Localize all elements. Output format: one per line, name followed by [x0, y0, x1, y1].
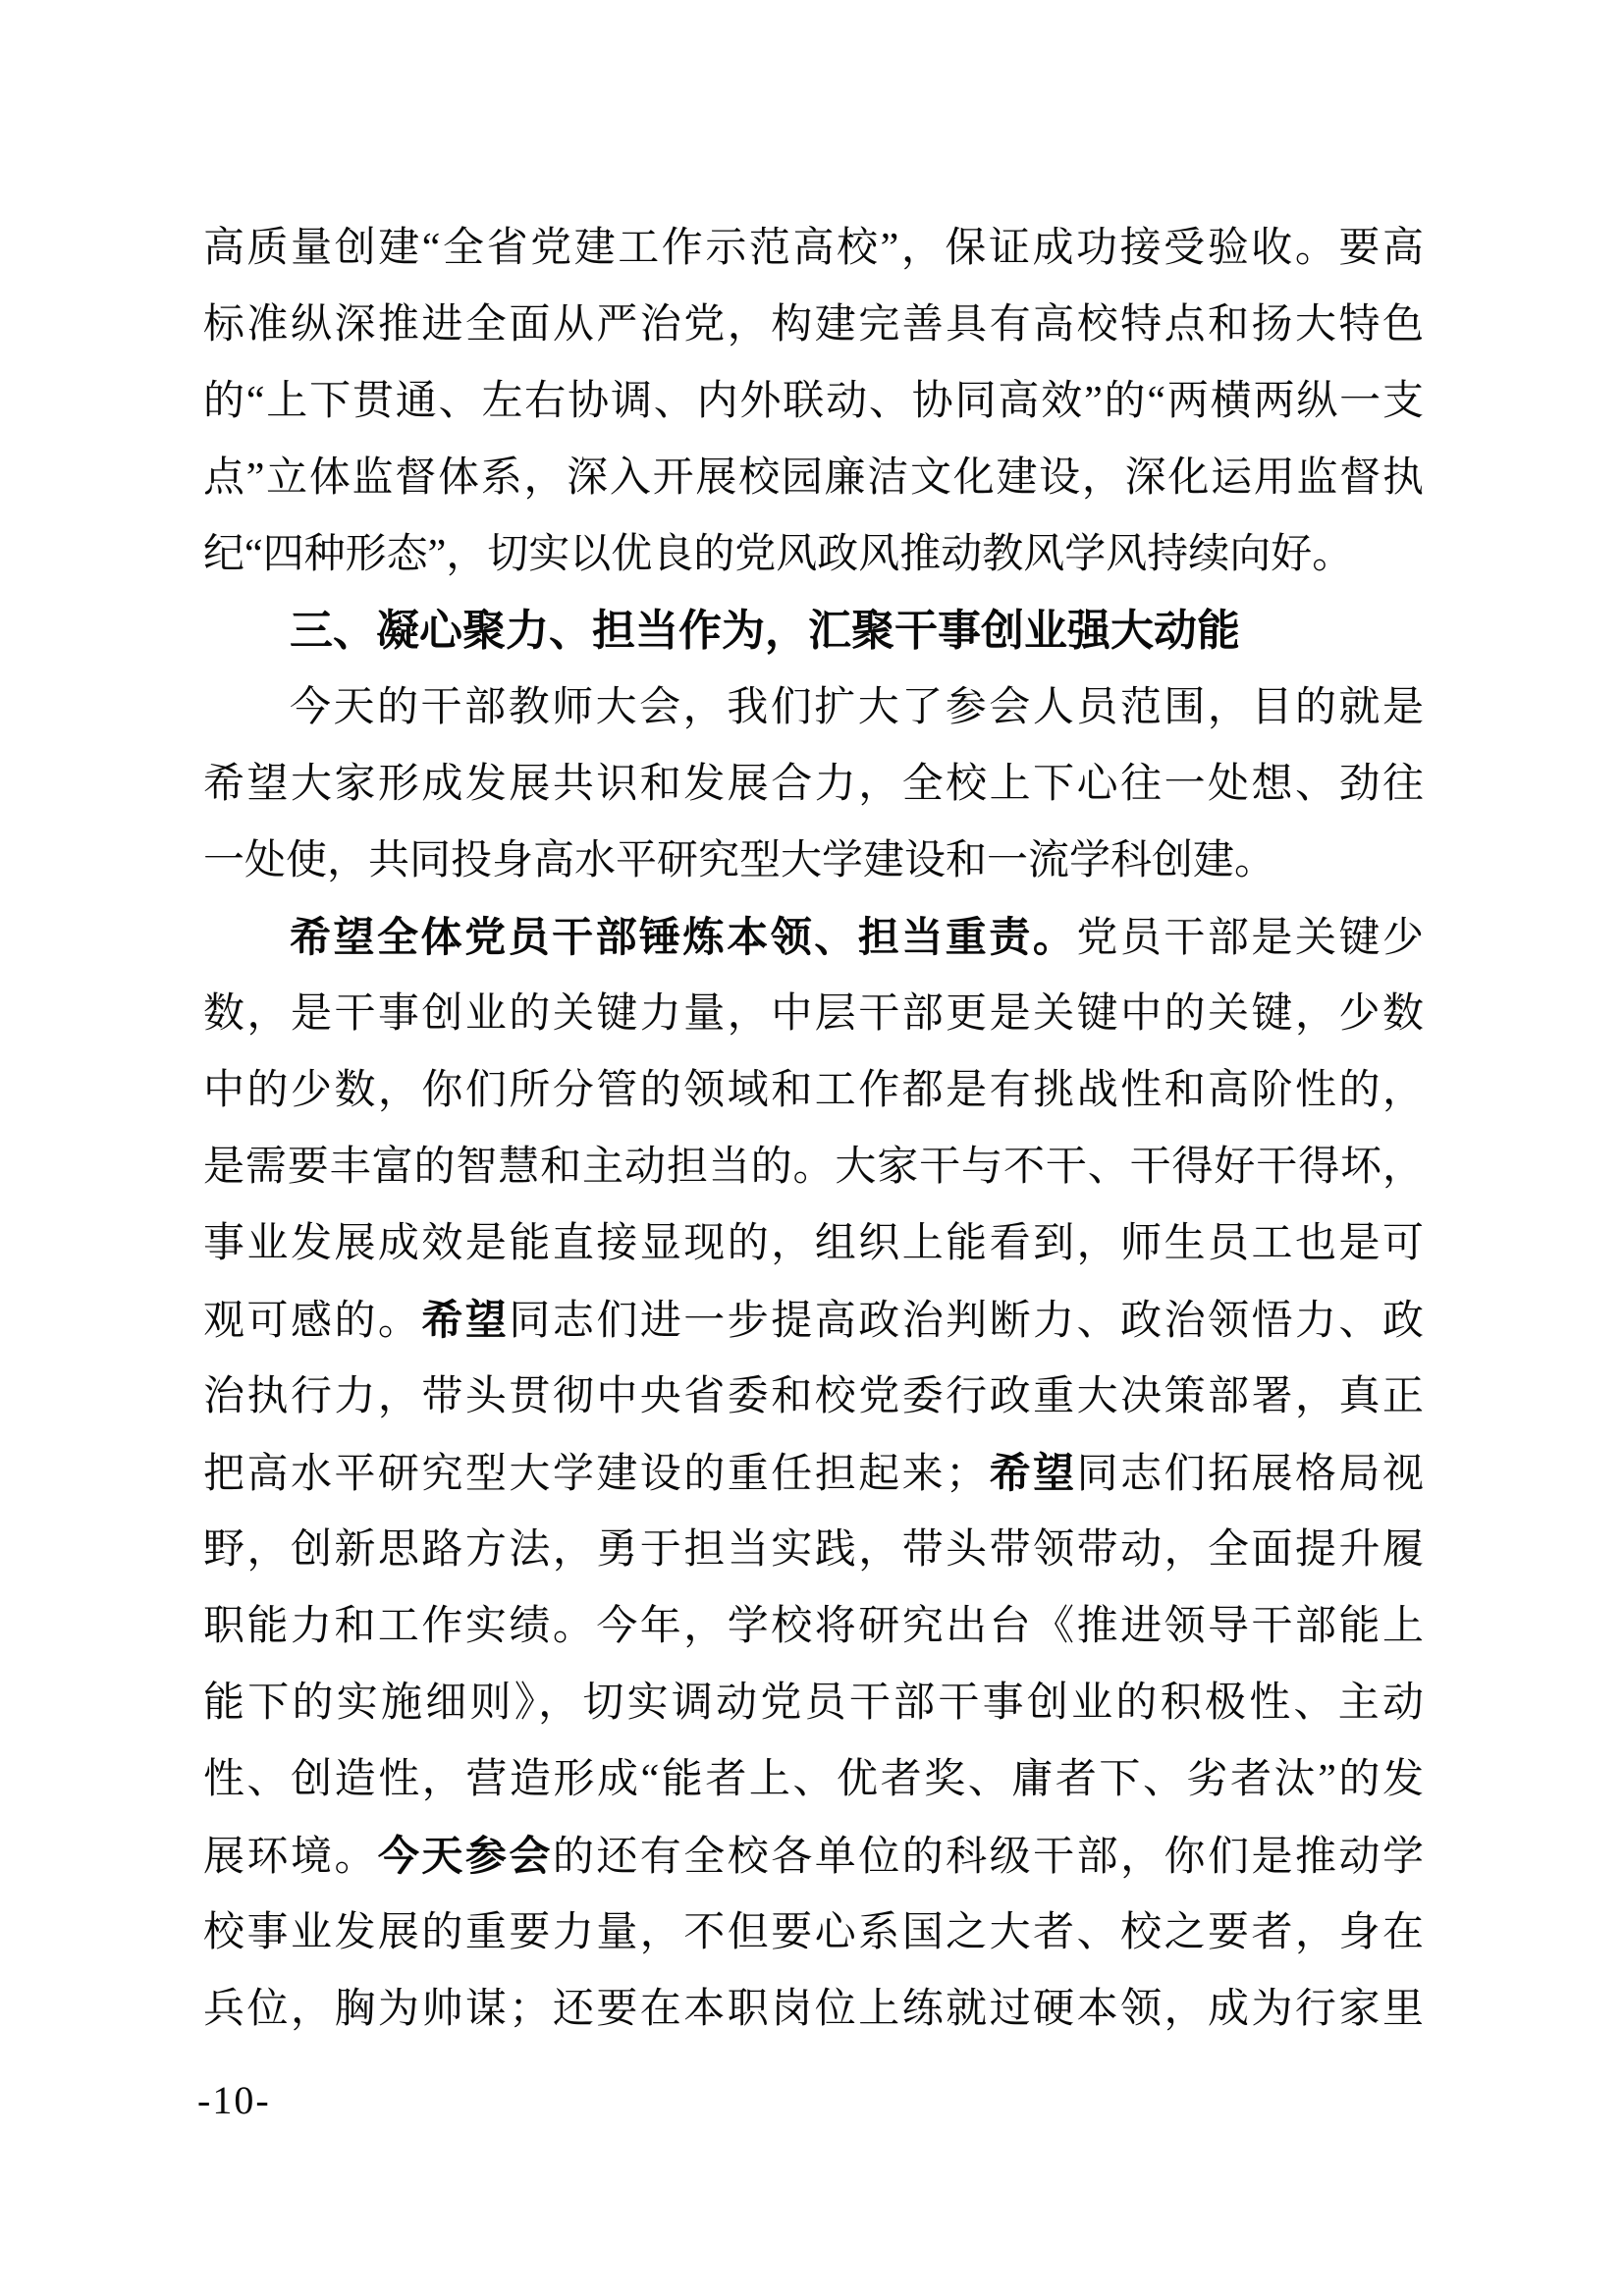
page-number: -10-: [197, 2077, 271, 2123]
section-heading: 三、凝心聚力、担当作为，汇聚干事创业强大动能: [203, 593, 1424, 669]
text-run: 今天的干部教师大会，我们扩大了参会人员范围，目的就是: [290, 685, 1424, 730]
text-line: 数，是干事创业的关键力量，中层干部更是关键中的关键，少数: [203, 976, 1424, 1052]
text-run: 观可感的。: [203, 1299, 421, 1344]
text-line: 是需要丰富的智慧和主动担当的。大家干与不干、干得好干得坏，: [203, 1129, 1424, 1205]
text-line: 性、创造性，营造形成“能者上、优者奖、庸者下、劣者汰”的发: [203, 1741, 1424, 1818]
text-run: 能下的实施细则》，切实调动党员干部干事创业的积极性、主动: [203, 1681, 1424, 1726]
text-run: 把高水平研究型大学建设的重任担起来；: [203, 1452, 987, 1497]
text-run: 纪“四种形态”，切实以优良的党风政风推动教风学风持续向好。: [203, 532, 1353, 577]
text-run: 党员干部是关键少: [1076, 916, 1424, 961]
text-line: 希望大家形成发展共识和发展合力，全校上下心往一处想、劲往: [203, 746, 1424, 823]
text-line: 把高水平研究型大学建设的重任担起来；希望同志们拓展格局视: [203, 1435, 1424, 1512]
text-line: 的“上下贯通、左右协调、内外联动、协同高效”的“两横两纵一支: [203, 363, 1424, 440]
text-run: 野，创新思路方法，勇于担当实践，带头带领带动，全面提升履: [203, 1527, 1424, 1573]
text-line: 兵位，胸为帅谋；还要在本职岗位上练就过硬本领，成为行家里: [203, 1971, 1424, 2048]
text-run: 校事业发展的重要力量，不但要心系国之大者、校之要者，身在: [203, 1910, 1424, 1955]
emphasis-run: 希望全体党员干部锤炼本领、担当重责。: [290, 914, 1076, 960]
emphasis-run: 希望: [987, 1450, 1076, 1496]
text-line: 高质量创建“全省党建工作示范高校”，保证成功接受验收。要高: [203, 210, 1424, 287]
text-run: 的还有全校各单位的科级干部，你们是推动学: [553, 1835, 1424, 1880]
text-run: 事业发展成效是能直接显现的，组织上能看到，师生员工也是可: [203, 1221, 1424, 1266]
text-run: 同志们拓展格局视: [1077, 1452, 1424, 1497]
text-line: 校事业发展的重要力量，不但要心系国之大者、校之要者，身在: [203, 1895, 1424, 1971]
text-run: 展环境。: [203, 1835, 378, 1880]
text-run: 兵位，胸为帅谋；还要在本职岗位上练就过硬本领，成为行家里: [203, 1987, 1424, 2032]
text-line: 能下的实施细则》，切实调动党员干部干事创业的积极性、主动: [203, 1665, 1424, 1741]
text-run: 数，是干事创业的关键力量，中层干部更是关键中的关键，少数: [203, 991, 1424, 1037]
emphasis-run: 今天参会: [378, 1833, 553, 1879]
text-run: 治执行力，带头贯彻中央省委和校党委行政重大决策部署，真正: [203, 1374, 1424, 1419]
text-run: 是需要丰富的智慧和主动担当的。大家干与不干、干得好干得坏，: [203, 1145, 1424, 1190]
text-line: 职能力和工作实绩。今年，学校将研究出台《推进领导干部能上: [203, 1588, 1424, 1665]
text-line: 观可感的。希望同志们进一步提高政治判断力、政治领悟力、政: [203, 1282, 1424, 1359]
text-line: 治执行力，带头贯彻中央省委和校党委行政重大决策部署，真正: [203, 1359, 1424, 1435]
text-run: 希望大家形成发展共识和发展合力，全校上下心往一处想、劲往: [203, 762, 1424, 807]
text-line: 标准纵深推进全面从严治党，构建完善具有高校特点和扬大特色: [203, 287, 1424, 363]
text-run: 中的少数，你们所分管的领域和工作都是有挑战性和高阶性的，: [203, 1068, 1424, 1113]
text-run: 的“上下贯通、左右协调、内外联动、协同高效”的“两横两纵一支: [203, 379, 1424, 424]
text-line: 中的少数，你们所分管的领域和工作都是有挑战性和高阶性的，: [203, 1052, 1424, 1129]
body-text: 高质量创建“全省党建工作示范高校”，保证成功接受验收。要高 标准纵深推进全面从严…: [203, 210, 1424, 2048]
document-page: 高质量创建“全省党建工作示范高校”，保证成功接受验收。要高 标准纵深推进全面从严…: [0, 0, 1624, 2296]
text-run: 同志们进一步提高政治判断力、政治领悟力、政: [509, 1299, 1424, 1344]
text-line: 野，创新思路方法，勇于担当实践，带头带领带动，全面提升履: [203, 1512, 1424, 1588]
text-line: 展环境。今天参会的还有全校各单位的科级干部，你们是推动学: [203, 1818, 1424, 1895]
emphasis-run: 希望: [421, 1297, 509, 1343]
text-line: 一处使，共同投身高水平研究型大学建设和一流学科创建。: [203, 823, 1424, 899]
text-run: 性、创造性，营造形成“能者上、优者奖、庸者下、劣者汰”的发: [203, 1757, 1424, 1802]
text-line: 点”立体监督体系，深入开展校园廉洁文化建设，深化运用监督执: [203, 440, 1424, 516]
text-run: 高质量创建“全省党建工作示范高校”，保证成功接受验收。要高: [203, 226, 1424, 271]
text-line: 事业发展成效是能直接显现的，组织上能看到，师生员工也是可: [203, 1205, 1424, 1282]
text-run: 点”立体监督体系，深入开展校园廉洁文化建设，深化运用监督执: [203, 455, 1424, 501]
text-line: 今天的干部教师大会，我们扩大了参会人员范围，目的就是: [203, 669, 1424, 746]
text-line: 纪“四种形态”，切实以优良的党风政风推动教风学风持续向好。: [203, 516, 1424, 593]
text-run: 标准纵深推进全面从严治党，构建完善具有高校特点和扬大特色: [203, 302, 1424, 347]
text-run: 一处使，共同投身高水平研究型大学建设和一流学科创建。: [203, 838, 1275, 883]
text-run: 职能力和工作实绩。今年，学校将研究出台《推进领导干部能上: [203, 1604, 1424, 1649]
heading-text: 三、凝心聚力、担当作为，汇聚干事创业强大动能: [290, 607, 1240, 655]
text-line: 希望全体党员干部锤炼本领、担当重责。党员干部是关键少: [203, 899, 1424, 976]
